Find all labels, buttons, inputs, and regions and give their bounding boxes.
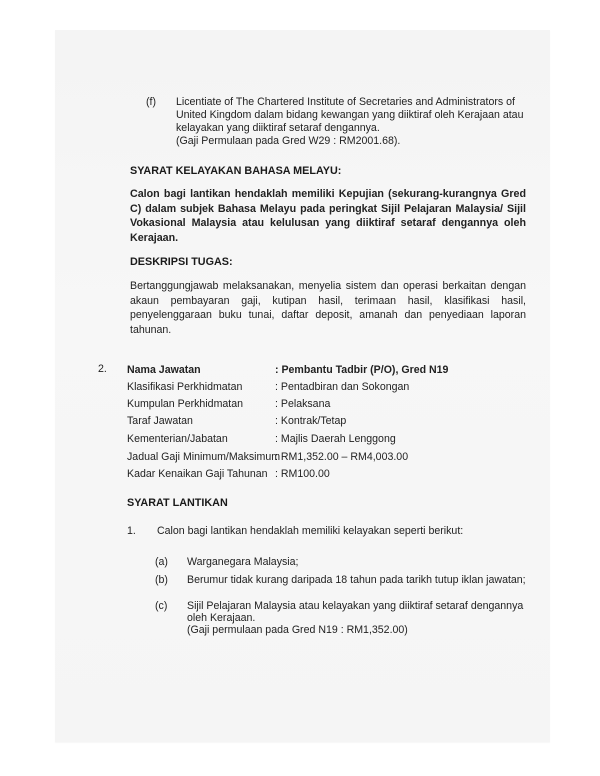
bahasa-melayu-requirement: Calon bagi lantikan hendaklah memiliki K… — [130, 187, 526, 245]
field-label: Kadar Kenaikan Gaji Tahunan — [127, 467, 268, 481]
heading-syarat-lantikan: SYARAT LANTIKAN — [127, 497, 228, 511]
heading-bahasa-melayu: SYARAT KELAYAKAN BAHASA MELAYU: — [130, 165, 341, 179]
item-f-line-1: Licentiate of The Chartered Institute of… — [176, 96, 515, 110]
deskripsi-tugas-text: Bertanggungjawab melaksanakan, menyelia … — [130, 279, 526, 337]
field-value: : Pelaksana — [275, 397, 330, 411]
item-1-number: 1. — [127, 525, 136, 539]
field-label: Kumpulan Perkhidmatan — [127, 397, 243, 411]
field-value: : Kontrak/Tetap — [275, 414, 346, 428]
field-value: : RM100.00 — [275, 467, 330, 481]
item-1-text: Calon bagi lantikan hendaklah memiliki k… — [157, 525, 463, 539]
sub-item-a-marker: (a) — [155, 556, 168, 570]
item-f-line-3: kelayakan yang diiktiraf setaraf dengann… — [176, 122, 380, 136]
field-value: : Pentadbiran dan Sokongan — [275, 380, 409, 394]
sub-item-c-salary-note: (Gaji permulaan pada Gred N19 : RM1,352.… — [187, 624, 408, 638]
field-value: : Pembantu Tadbir (P/O), Gred N19 — [275, 363, 448, 377]
sub-item-b-marker: (b) — [155, 574, 168, 588]
item-f-line-2: United Kingdom dalam bidang kewangan yan… — [176, 109, 523, 123]
field-value: : RM1,352.00 – RM4,003.00 — [275, 450, 408, 464]
field-value: : Majlis Daerah Lenggong — [275, 432, 396, 446]
position-number: 2. — [98, 363, 107, 377]
field-label: Kementerian/Jabatan — [127, 432, 228, 446]
field-label: Klasifikasi Perkhidmatan — [127, 380, 242, 394]
sub-item-a-text: Warganegara Malaysia; — [187, 556, 298, 570]
sub-item-c-marker: (c) — [155, 600, 167, 614]
field-label: Jadual Gaji Minimum/Maksimum — [127, 450, 280, 464]
heading-deskripsi-tugas: DESKRIPSI TUGAS: — [130, 256, 233, 270]
sub-item-b-text: Berumur tidak kurang daripada 18 tahun p… — [187, 574, 526, 588]
item-f-marker: (f) — [146, 96, 156, 110]
field-label: Nama Jawatan — [127, 363, 201, 377]
field-label: Taraf Jawatan — [127, 414, 193, 428]
item-f-salary-note: (Gaji Permulaan pada Gred W29 : RM2001.6… — [176, 135, 400, 149]
